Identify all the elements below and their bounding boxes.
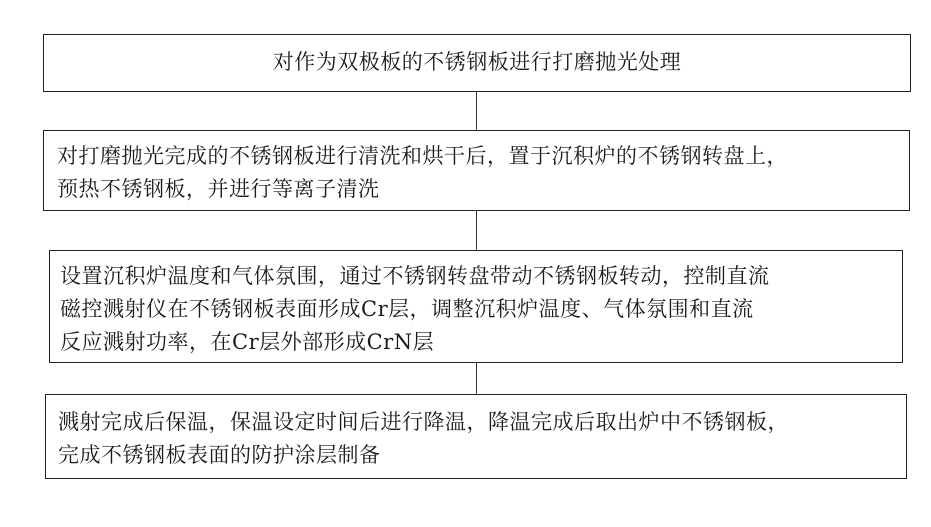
flow-step-2-cleaning: 对打磨抛光完成的不锈钢板进行清洗和烘干后，置于沉积炉的不锈钢转盘上， 预热不锈钢…: [43, 130, 910, 211]
connector-1-to-2: [476, 92, 477, 130]
step-4-line-2: 完成不锈钢板表面的防护涂层制备: [58, 439, 789, 472]
step-3-line-1: 设置沉积炉温度和气体氛围，通过不锈钢转盘带动不锈钢板转动，控制直流: [60, 260, 770, 293]
step-1-line-1: 对作为双极板的不锈钢板进行打磨抛光处理: [44, 46, 910, 79]
step-3-line-2: 磁控溅射仪在不锈钢板表面形成Cr层，调整沉积炉温度、气体氛围和直流: [60, 293, 770, 326]
step-3-text: 设置沉积炉温度和气体氛围，通过不锈钢转盘带动不锈钢板转动，控制直流 磁控溅射仪在…: [60, 260, 770, 359]
step-3-line-3: 反应溅射功率，在Cr层外部形成CrN层: [60, 326, 770, 359]
flow-step-4-cooling: 溅射完成后保温，保温设定时间后进行降温，降温完成后取出炉中不锈钢板， 完成不锈钢…: [45, 394, 907, 479]
connector-2-to-3: [476, 211, 477, 250]
flow-step-3-sputtering: 设置沉积炉温度和气体氛围，通过不锈钢转盘带动不锈钢板转动，控制直流 磁控溅射仪在…: [49, 250, 903, 363]
step-2-text: 对打磨抛光完成的不锈钢板进行清洗和烘干后，置于沉积炉的不锈钢转盘上， 预热不锈钢…: [57, 140, 788, 206]
step-2-line-2: 预热不锈钢板，并进行等离子清洗: [57, 173, 788, 206]
step-4-line-1: 溅射完成后保温，保温设定时间后进行降温，降温完成后取出炉中不锈钢板，: [58, 406, 789, 439]
step-4-text: 溅射完成后保温，保温设定时间后进行降温，降温完成后取出炉中不锈钢板， 完成不锈钢…: [58, 406, 789, 472]
flow-step-1-polishing: 对作为双极板的不锈钢板进行打磨抛光处理: [43, 34, 911, 92]
step-1-text: 对作为双极板的不锈钢板进行打磨抛光处理: [44, 46, 910, 79]
step-2-line-1: 对打磨抛光完成的不锈钢板进行清洗和烘干后，置于沉积炉的不锈钢转盘上，: [57, 140, 788, 173]
connector-3-to-4: [476, 363, 477, 394]
